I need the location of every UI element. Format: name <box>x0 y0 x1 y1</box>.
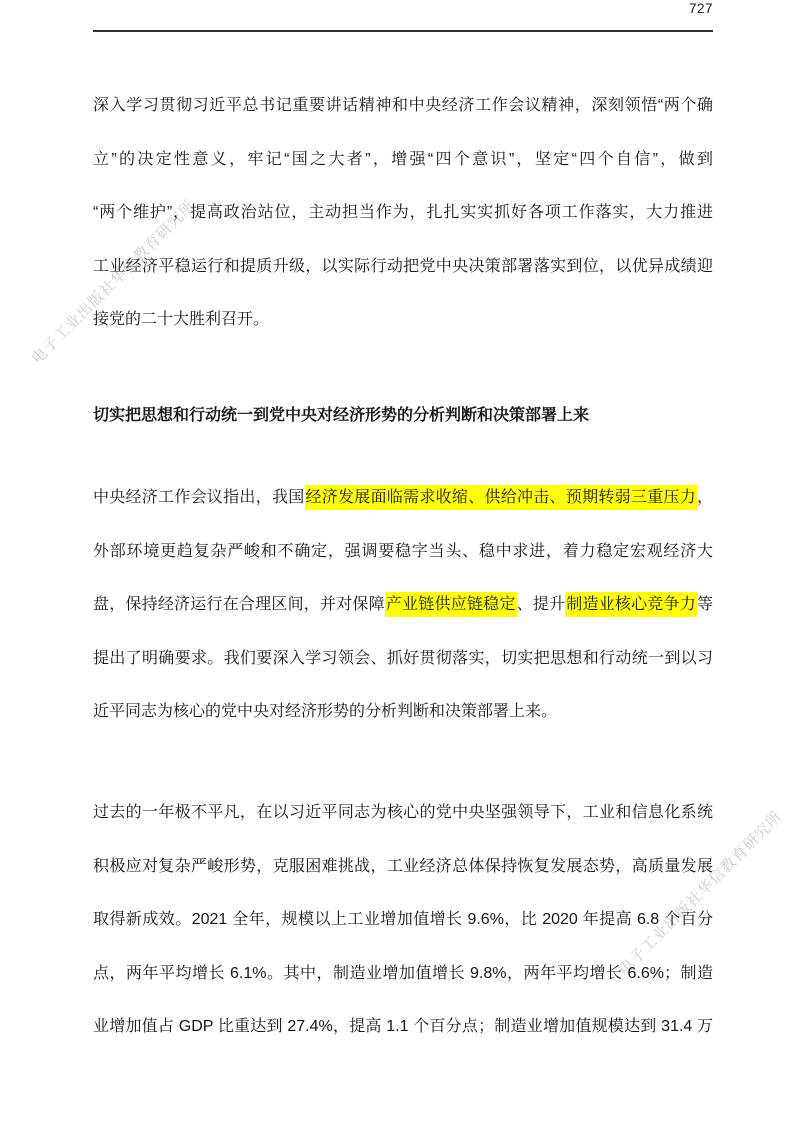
highlighted-text: 产业链供应链稳定 <box>385 592 517 617</box>
text-segment: 深入学习贯彻习近平总书记重要讲话精神和中央经济工作会议精神，深刻领悟“两个确 <box>93 97 713 114</box>
text-line: 工业经济平稳运行和提质升级，以实际行动把党中央决策部署落实到位，以优异成绩迎 <box>93 240 713 294</box>
text-segment: 工业经济平稳运行和提质升级，以实际行动把党中央决策部署落实到位，以优异成绩迎 <box>93 258 713 275</box>
paragraph: 过去的一年极不平凡，在以习近平同志为核心的党中央坚强领导下，工业和信息化系统积极… <box>93 786 713 1054</box>
header-rule <box>93 30 713 32</box>
text-segment: 切实把思想和行动统一到党中央对经济形势的分析判断和决策部署上来 <box>93 407 589 424</box>
text-line: 立”的决定性意义，牢记“国之大者”，增强“四个意识”，坚定“四个自信”，做到 <box>93 133 713 187</box>
page-number: 727 <box>689 1 713 16</box>
text-segment: 立”的决定性意义，牢记“国之大者”，增强“四个意识”，坚定“四个自信”，做到 <box>93 151 713 168</box>
text-segment: 近平同志为核心的党中央对经济形势的分析判断和决策部署上来。 <box>93 703 557 720</box>
text-segment: 点，两年平均增长 6.1%。其中，制造业增加值增长 9.8%，两年平均增长 6.… <box>93 965 713 982</box>
paragraph: 中央经济工作会议指出，我国经济发展面临需求收缩、供给冲击、预期转弱三重压力，外部… <box>93 471 713 739</box>
document-page: 727 电子工业出版社华信教育研究所 电子工业出版社华信教育研究所 深入学习贯彻… <box>0 0 793 1122</box>
section-heading: 切实把思想和行动统一到党中央对经济形势的分析判断和决策部署上来 <box>93 389 713 443</box>
text-line: 盘，保持经济运行在合理区间，并对保障产业链供应链稳定、提升制造业核心竞争力等 <box>93 578 713 632</box>
text-segment: 、提升 <box>517 596 566 613</box>
text-line: 过去的一年极不平凡，在以习近平同志为核心的党中央坚强领导下，工业和信息化系统 <box>93 786 713 840</box>
text-segment: 盘，保持经济运行在合理区间，并对保障 <box>93 596 385 613</box>
text-line: 点，两年平均增长 6.1%。其中，制造业增加值增长 9.8%，两年平均增长 6.… <box>93 947 713 1001</box>
text-segment: 等 <box>697 596 713 613</box>
text-line: “两个维护”，提高政治站位，主动担当作为，扎扎实实抓好各项工作落实，大力推进 <box>93 186 713 240</box>
text-segment: 接党的二十大胜利召开。 <box>93 311 269 328</box>
text-line: 外部环境更趋复杂严峻和不确定，强调要稳字当头、稳中求进，着力稳定宏观经济大 <box>93 525 713 579</box>
text-segment: ， <box>697 489 713 506</box>
text-line: 切实把思想和行动统一到党中央对经济形势的分析判断和决策部署上来 <box>93 389 713 443</box>
text-line: 近平同志为核心的党中央对经济形势的分析判断和决策部署上来。 <box>93 685 713 739</box>
text-segment: 取得新成效。2021 全年，规模以上工业增加值增长 9.6%，比 2020 年提… <box>93 911 713 928</box>
text-segment: 外部环境更趋复杂严峻和不确定，强调要稳字当头、稳中求进，着力稳定宏观经济大 <box>93 543 713 560</box>
text-line: 积极应对复杂严峻形势，克服困难挑战，工业经济总体保持恢复发展态势，高质量发展 <box>93 840 713 894</box>
text-line: 中央经济工作会议指出，我国经济发展面临需求收缩、供给冲击、预期转弱三重压力， <box>93 471 713 525</box>
text-segment: 过去的一年极不平凡，在以习近平同志为核心的党中央坚强领导下，工业和信息化系统 <box>93 804 713 821</box>
text-line: 取得新成效。2021 全年，规模以上工业增加值增长 9.6%，比 2020 年提… <box>93 893 713 947</box>
text-line: 提出了明确要求。我们要深入学习领会、抓好贯彻落实，切实把思想和行动统一到以习 <box>93 632 713 686</box>
paragraph: 深入学习贯彻习近平总书记重要讲话精神和中央经济工作会议精神，深刻领悟“两个确立”… <box>93 79 713 347</box>
text-segment: 业增加值占 GDP 比重达到 27.4%，提高 1.1 个百分点；制造业增加值规… <box>93 1018 713 1035</box>
text-line: 接党的二十大胜利召开。 <box>93 293 713 347</box>
text-line: 业增加值占 GDP 比重达到 27.4%，提高 1.1 个百分点；制造业增加值规… <box>93 1000 713 1054</box>
text-line: 深入学习贯彻习近平总书记重要讲话精神和中央经济工作会议精神，深刻领悟“两个确 <box>93 79 713 133</box>
highlighted-text: 经济发展面临需求收缩、供给冲击、预期转弱三重压力 <box>305 485 697 510</box>
text-segment: “两个维护”，提高政治站位，主动担当作为，扎扎实实抓好各项工作落实，大力推进 <box>93 204 713 221</box>
text-segment: 中央经济工作会议指出，我国 <box>93 489 305 506</box>
text-segment: 积极应对复杂严峻形势，克服困难挑战，工业经济总体保持恢复发展态势，高质量发展 <box>93 858 713 875</box>
highlighted-text: 制造业核心竞争力 <box>565 592 697 617</box>
text-segment: 提出了明确要求。我们要深入学习领会、抓好贯彻落实，切实把思想和行动统一到以习 <box>93 650 713 667</box>
